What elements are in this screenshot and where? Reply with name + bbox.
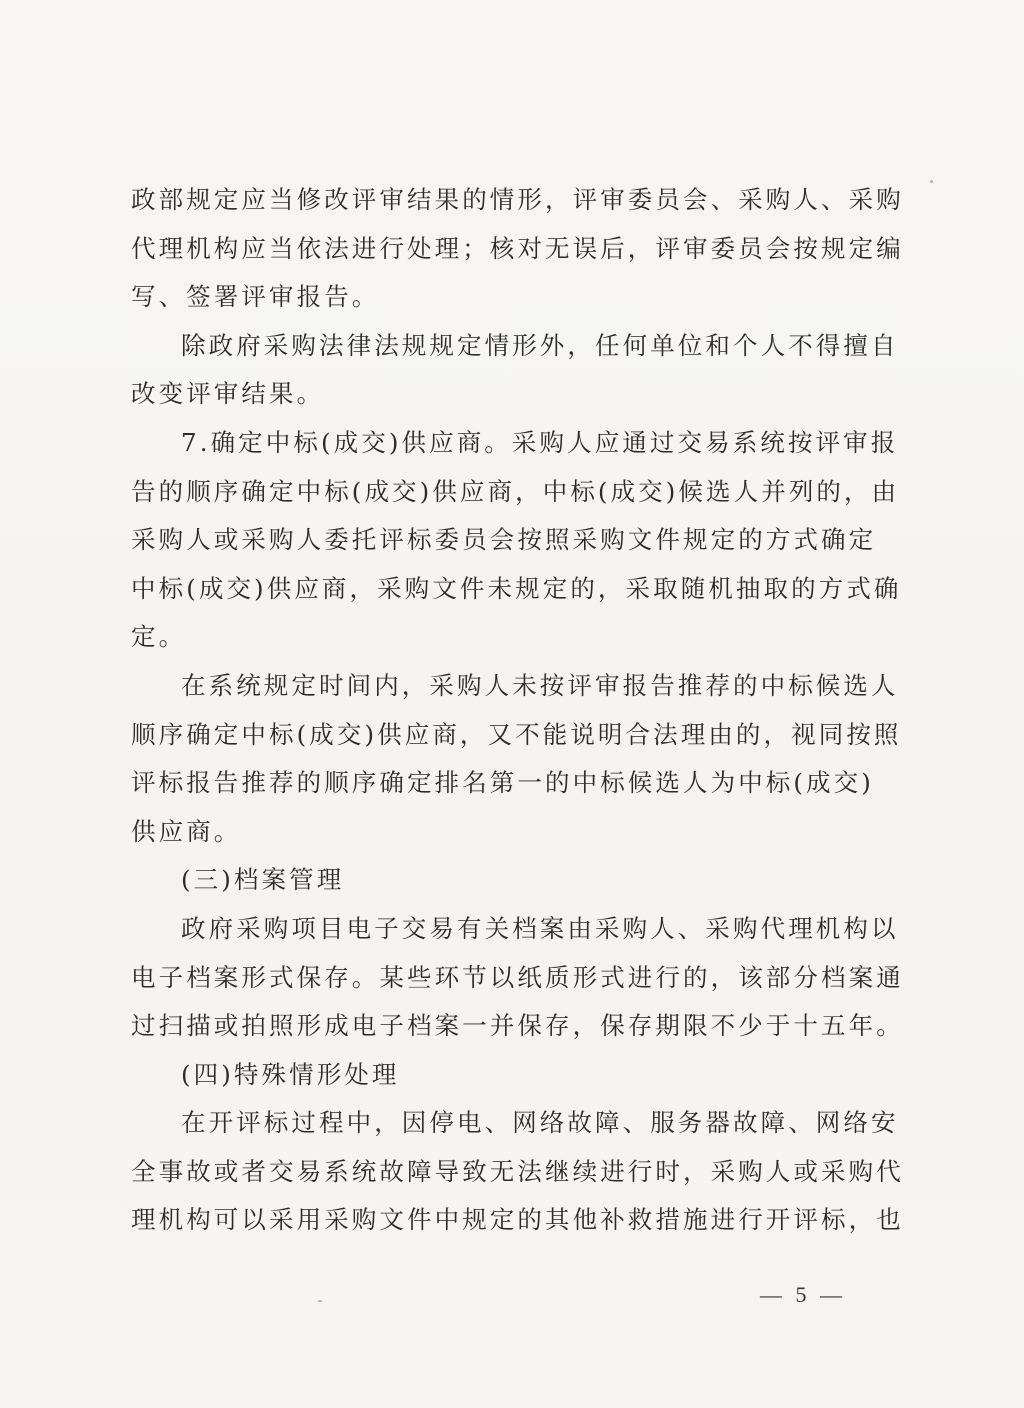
document-body: 政部规定应当修改评审结果的情形，评审委员会、采购人、采购 代理机构应当依法进行处… xyxy=(131,176,866,1245)
text-line: 顺序确定中标(成交)供应商，又不能说明合法理由的，视同按照 xyxy=(131,711,866,760)
text-line: 评标报告推荐的顺序确定排名第一的中标候选人为中标(成交) xyxy=(131,759,866,808)
document-page: 政部规定应当修改评审结果的情形，评审委员会、采购人、采购 代理机构应当依法进行处… xyxy=(0,0,1024,1408)
section-heading-special-cases: (四)特殊情形处理 xyxy=(131,1051,866,1100)
paragraph-start: 除政府采购法律法规规定情形外，任何单位和个人不得擅自 xyxy=(131,322,866,371)
scan-speck xyxy=(930,180,933,183)
text-line: 过扫描或拍照形成电子档案一并保存，保存期限不少于十五年。 xyxy=(131,1002,866,1051)
text-line: 供应商。 xyxy=(131,808,866,857)
text-line: 政部规定应当修改评审结果的情形，评审委员会、采购人、采购 xyxy=(131,176,866,225)
paragraph-start: 政府采购项目电子交易有关档案由采购人、采购代理机构以 xyxy=(131,905,866,954)
paragraph-start: 在开评标过程中，因停电、网络故障、服务器故障、网络安 xyxy=(131,1099,866,1148)
text-line: 采购人或采购人委托评标委员会按照采购文件规定的方式确定 xyxy=(131,516,866,565)
text-line: 定。 xyxy=(131,613,866,662)
text-line: 全事故或者交易系统故障导致无法继续进行时，采购人或采购代 xyxy=(131,1148,866,1197)
text-line: 理机构可以采用采购文件中规定的其他补救措施进行开评标，也 xyxy=(131,1196,866,1245)
text-line: 代理机构应当依法进行处理；核对无误后，评审委员会按规定编 xyxy=(131,225,866,274)
text-line: 写、签署评审报告。 xyxy=(131,273,866,322)
paragraph-start: 7.确定中标(成交)供应商。采购人应通过交易系统按评审报 xyxy=(131,419,866,468)
paragraph-start: 在系统规定时间内，采购人未按评审报告推荐的中标候选人 xyxy=(131,662,866,711)
scan-speck xyxy=(318,1300,322,1302)
section-heading-archive: (三)档案管理 xyxy=(131,856,866,905)
page-number: — 5 — xyxy=(760,1282,846,1308)
text-line: 中标(成交)供应商，采购文件未规定的，采取随机抽取的方式确 xyxy=(131,565,866,614)
text-line: 改变评审结果。 xyxy=(131,370,866,419)
text-line: 电子档案形式保存。某些环节以纸质形式进行的，该部分档案通 xyxy=(131,954,866,1003)
text-line: 告的顺序确定中标(成交)供应商，中标(成交)候选人并列的，由 xyxy=(131,468,866,517)
